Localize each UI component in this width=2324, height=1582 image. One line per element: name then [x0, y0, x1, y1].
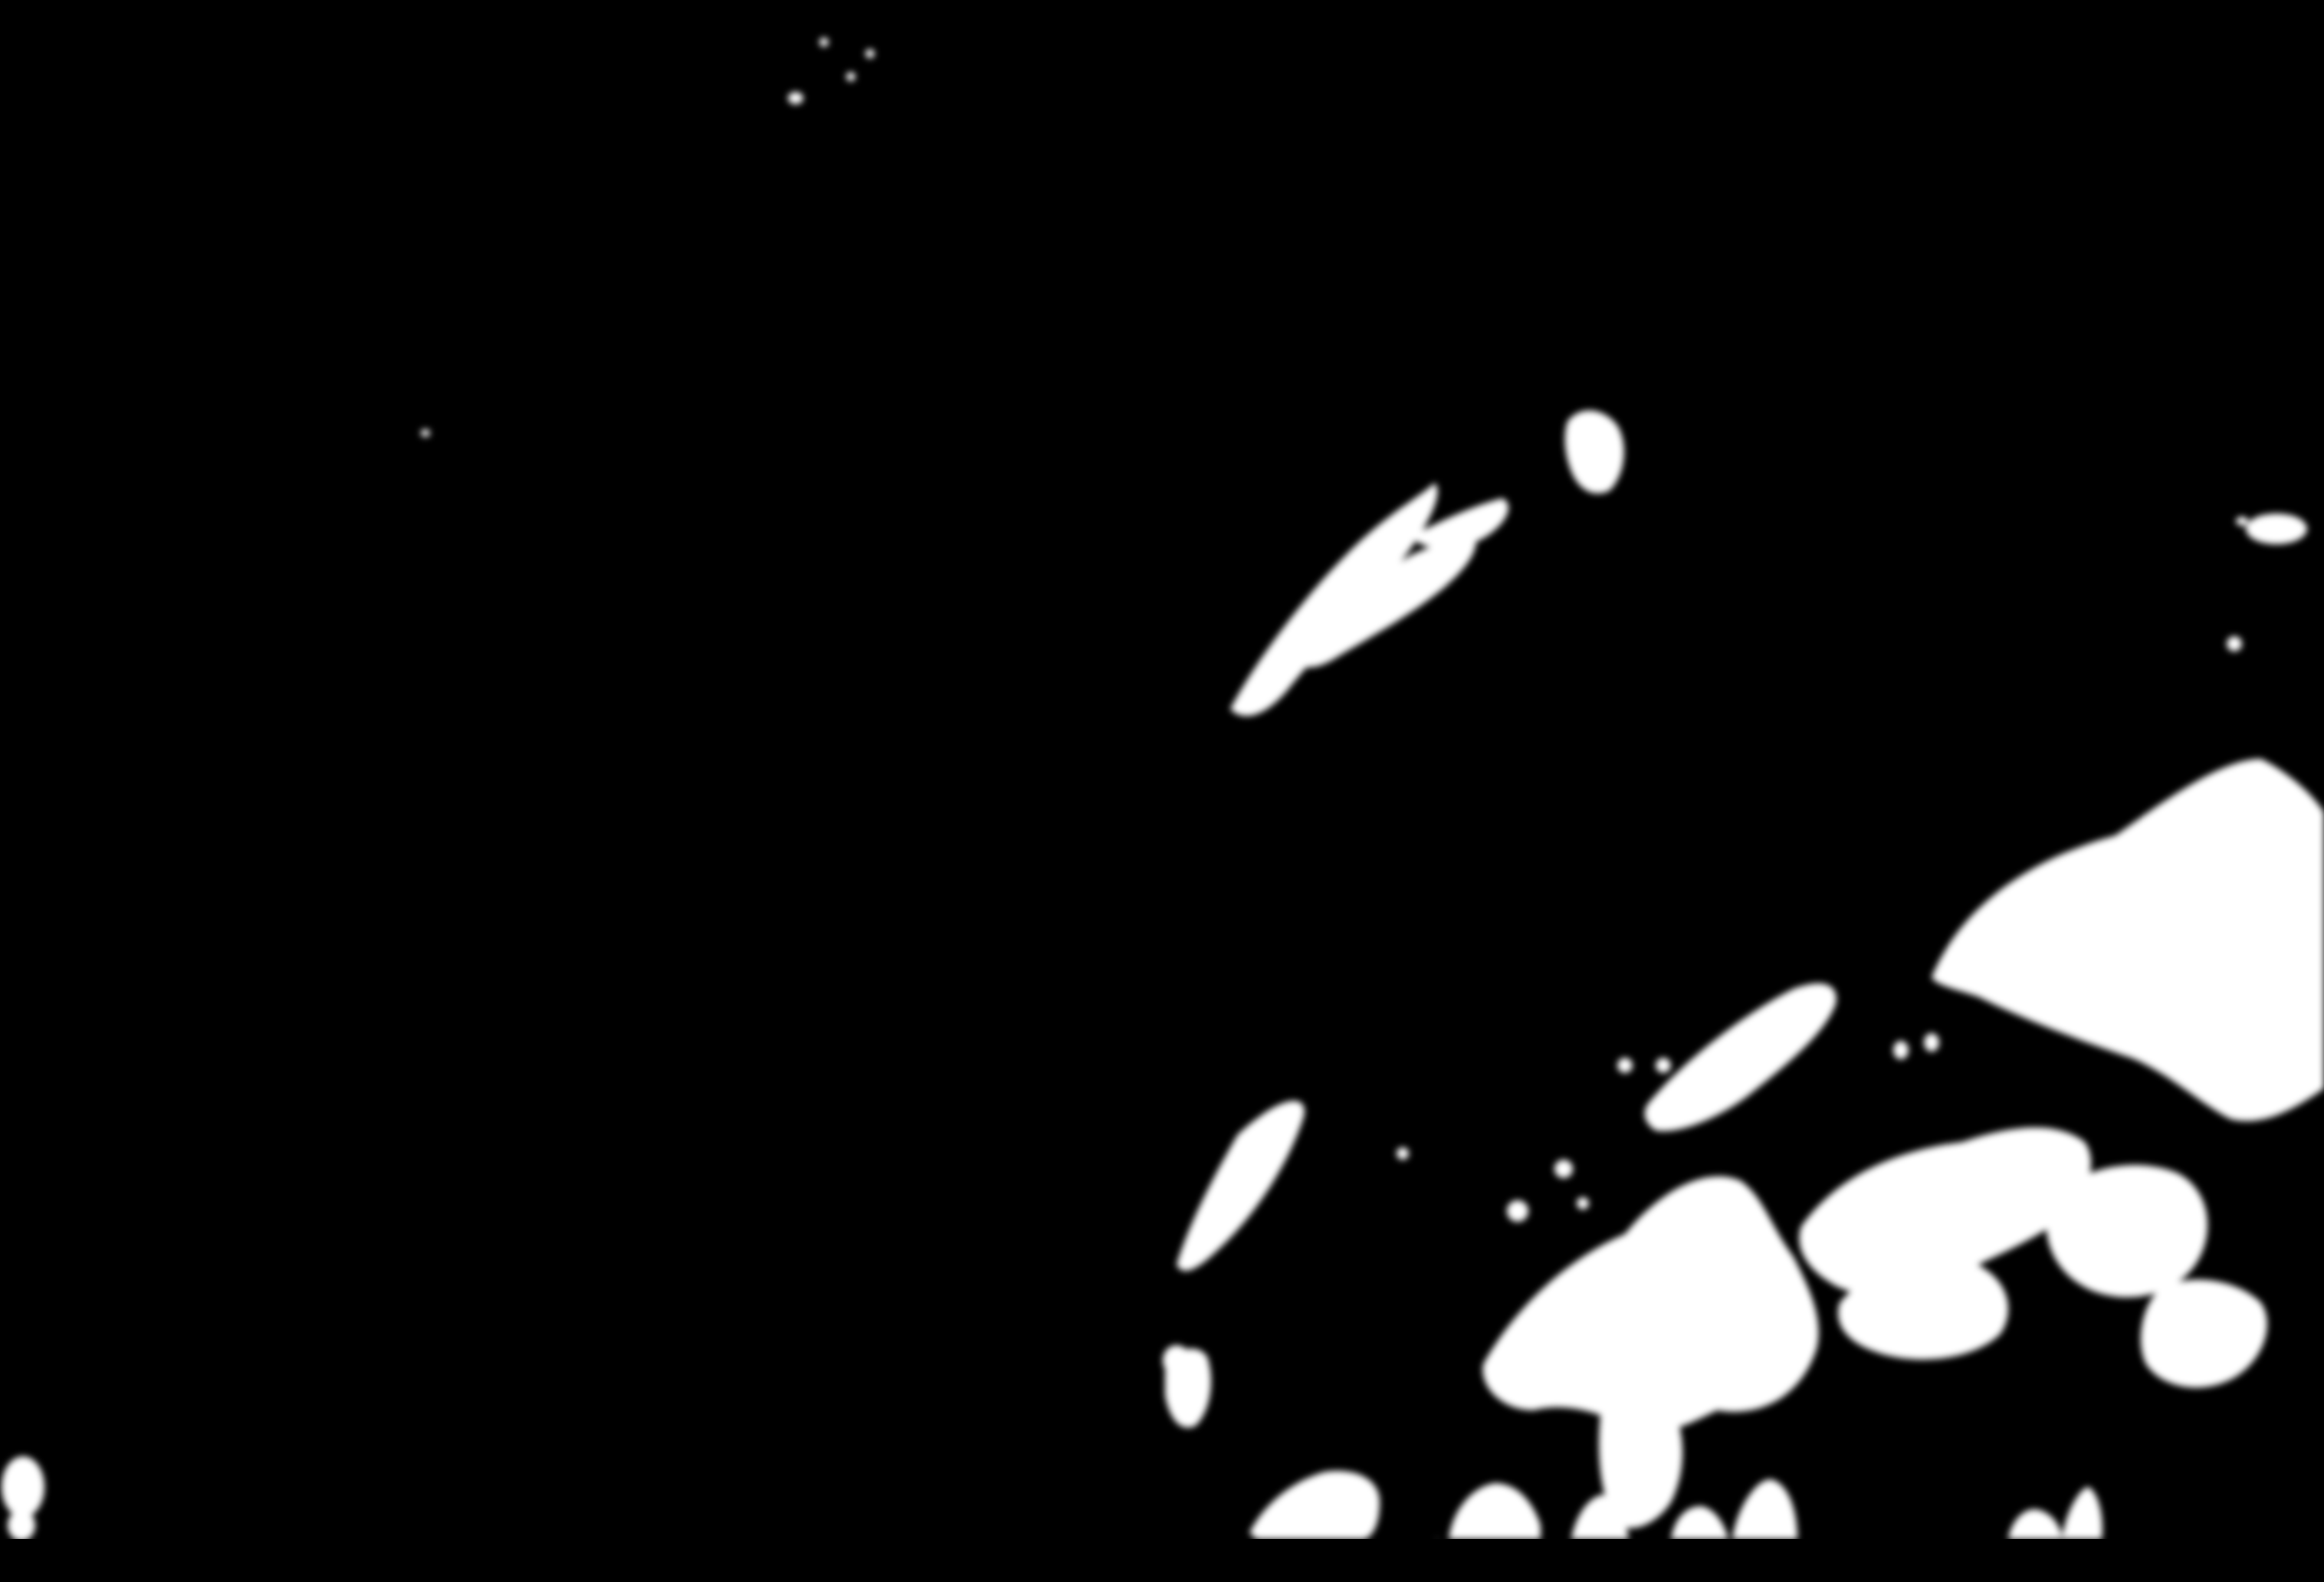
mask-image: [0, 0, 2324, 1582]
bottom-strip: [0, 1539, 2324, 1582]
mask-canvas: [0, 0, 2324, 1582]
